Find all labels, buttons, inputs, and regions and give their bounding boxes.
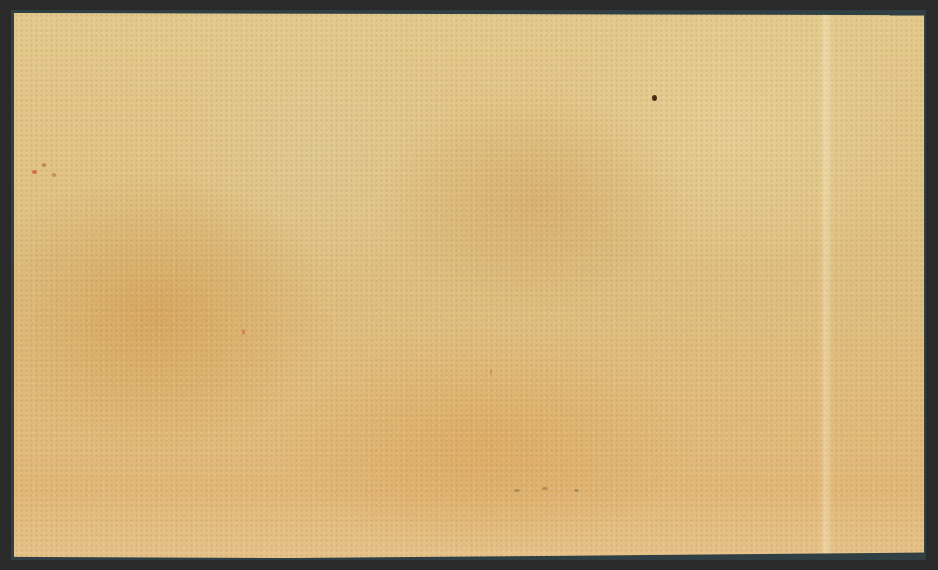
vertical-crease: [819, 13, 833, 558]
red-speck: [42, 163, 46, 167]
faint-mark: [542, 487, 548, 490]
faint-mark: [514, 489, 520, 492]
red-speck: [32, 170, 37, 174]
aged-paper: [14, 13, 924, 558]
faint-mark: [574, 489, 579, 492]
red-speck: [52, 173, 56, 177]
paper-texture: [14, 13, 924, 558]
dark-speck: [652, 95, 657, 101]
orange-stain: [242, 329, 245, 335]
orange-stain: [490, 369, 492, 375]
